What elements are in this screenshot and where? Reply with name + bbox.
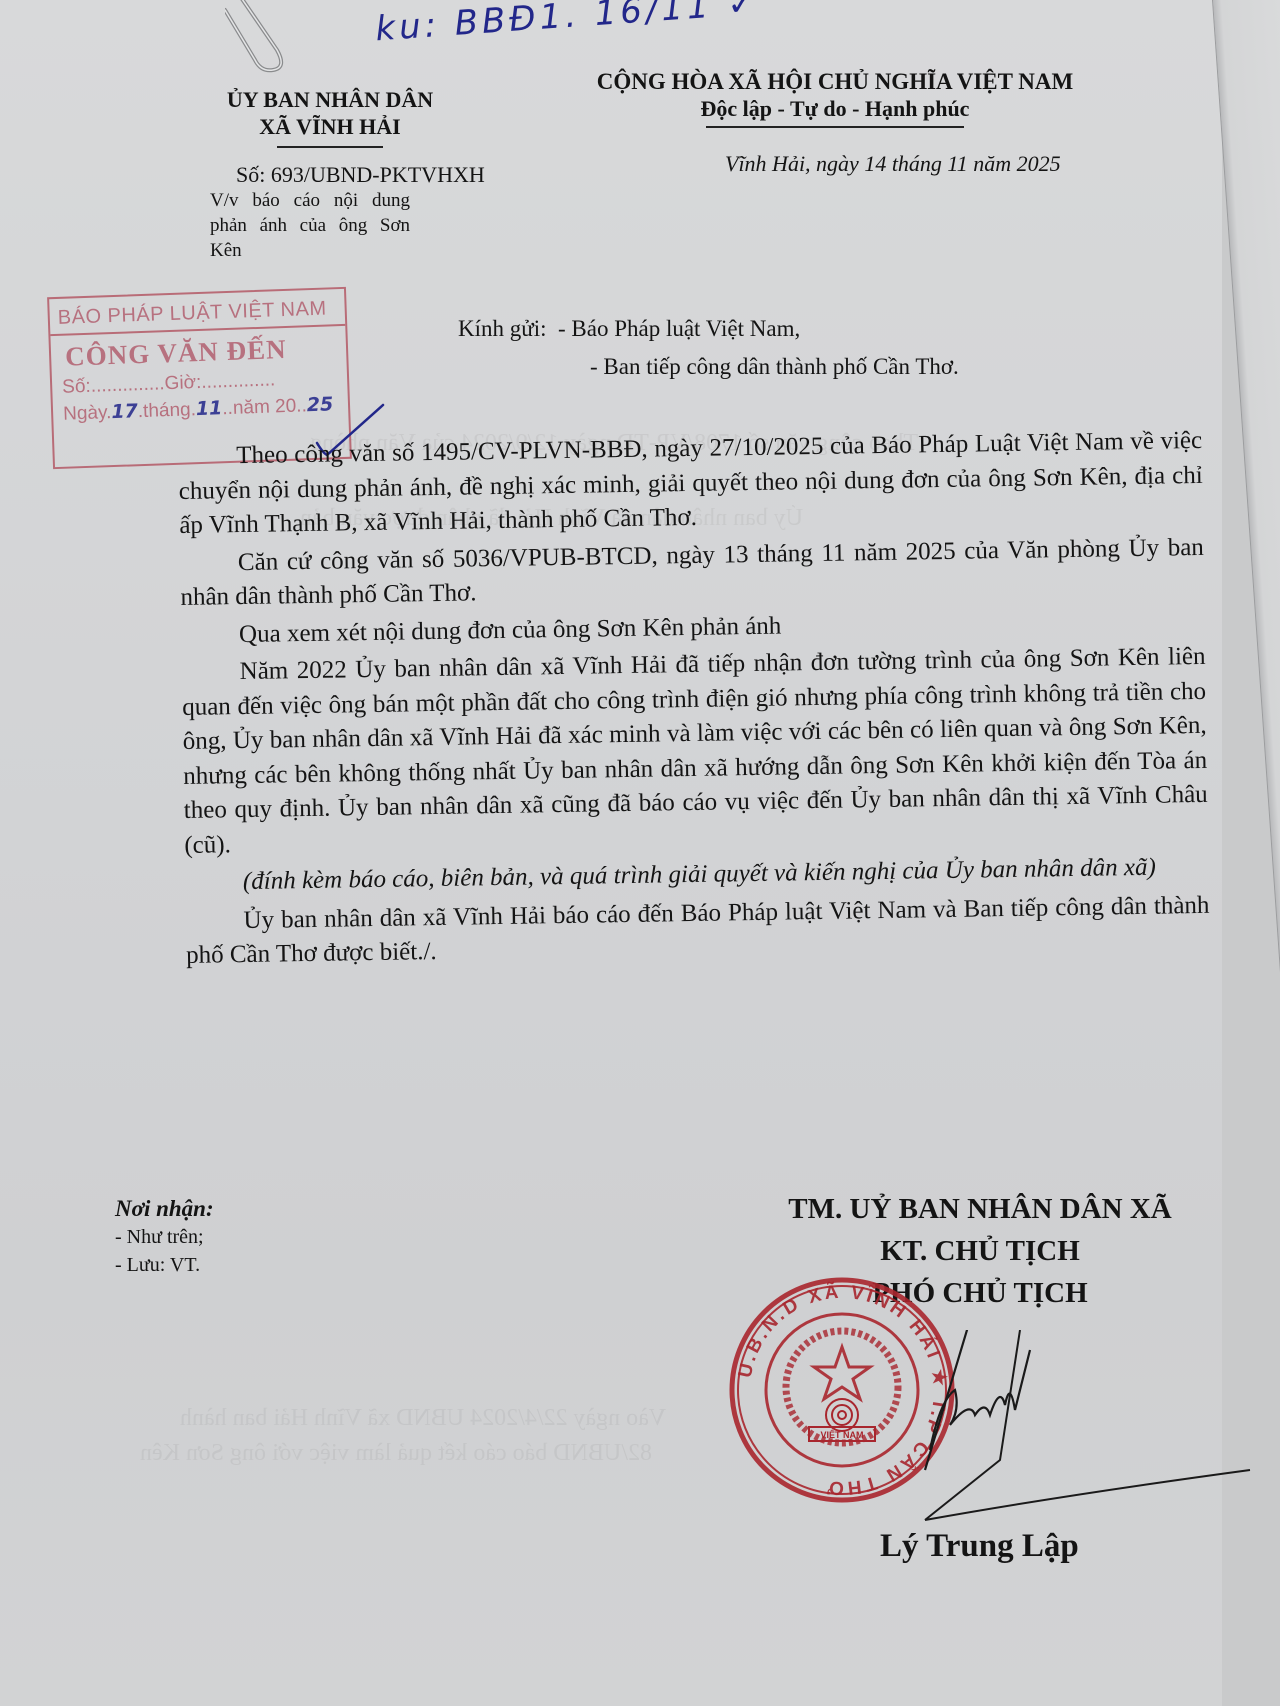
document-body: Theo công văn số 1495/CV-PLVN-BBĐ, ngày …: [178, 424, 1210, 977]
document-subject: V/v báo cáo nội dung phản ánh của ông Sơ…: [210, 188, 410, 263]
stamp-number-label: Số:: [62, 376, 91, 398]
stamp-day-value: 17: [111, 400, 138, 423]
recipient-item: - Báo Pháp luật Việt Nam,: [558, 316, 800, 341]
signer-name: Lý Trung Lập: [880, 1528, 1079, 1565]
paperclip-icon: [225, 0, 305, 75]
national-motto: Độc lập - Tự do - Hạnh phúc: [540, 96, 1130, 122]
recipients-label: Kính gửi:: [458, 316, 547, 341]
distribution-list: Nơi nhận: - Như trên; - Lưu: VT.: [115, 1195, 214, 1279]
closing-paragraph: Ủy ban nhân dân xã Vĩnh Hải báo cáo đến …: [185, 888, 1210, 973]
stamp-year-label: năm 20: [233, 396, 297, 419]
issuer-line2: XÃ VĨNH HẢI: [195, 113, 465, 140]
stamp-month-label: tháng: [143, 399, 191, 422]
issuer-underline: [277, 146, 383, 148]
distribution-item: - Như trên;: [115, 1223, 214, 1251]
recipients: Kính gửi: - Báo Pháp luật Việt Nam, - Ba…: [458, 310, 959, 386]
distribution-title: Nơi nhận:: [115, 1195, 214, 1223]
document-number: Số: 693/UBND-PKTVHXH: [236, 162, 485, 188]
handwritten-signature: [915, 1330, 1255, 1530]
body-paragraph: Theo công văn số 1495/CV-PLVN-BBĐ, ngày …: [178, 424, 1203, 544]
signatory-authority: TM. UỶ BAN NHÂN DÂN XÃ: [720, 1188, 1240, 1230]
place-date: Vĩnh Hải, ngày 14 tháng 11 năm 2025: [725, 151, 1061, 177]
stamp-day-label: Ngày: [63, 402, 107, 424]
svg-text:VIỆT NAM: VIỆT NAM: [820, 1429, 863, 1440]
national-header: CỘNG HÒA XÃ HỘI CHỦ NGHĨA VIỆT NAM Độc l…: [540, 68, 1130, 128]
stamp-time-label: Giờ:: [164, 372, 201, 394]
body-paragraph: Căn cứ công văn số 5036/VPUB-BTCD, ngày …: [180, 530, 1205, 615]
body-paragraph: Năm 2022 Ủy ban nhân dân xã Vĩnh Hải đã …: [181, 640, 1208, 863]
stamp-month-value: 11: [195, 397, 222, 420]
signatory-capacity: KT. CHỦ TỊCH: [720, 1230, 1240, 1272]
issuer-header: ỦY BAN NHÂN DÂN XÃ VĨNH HẢI: [195, 86, 465, 148]
nation-title: CỘNG HÒA XÃ HỘI CHỦ NGHĨA VIỆT NAM: [540, 68, 1130, 96]
recipient-item: - Ban tiếp công dân thành phố Cần Thơ.: [458, 348, 959, 386]
distribution-item: - Lưu: VT.: [115, 1251, 214, 1279]
issuer-line1: ỦY BAN NHÂN DÂN: [195, 86, 465, 113]
motto-underline: [706, 126, 964, 128]
